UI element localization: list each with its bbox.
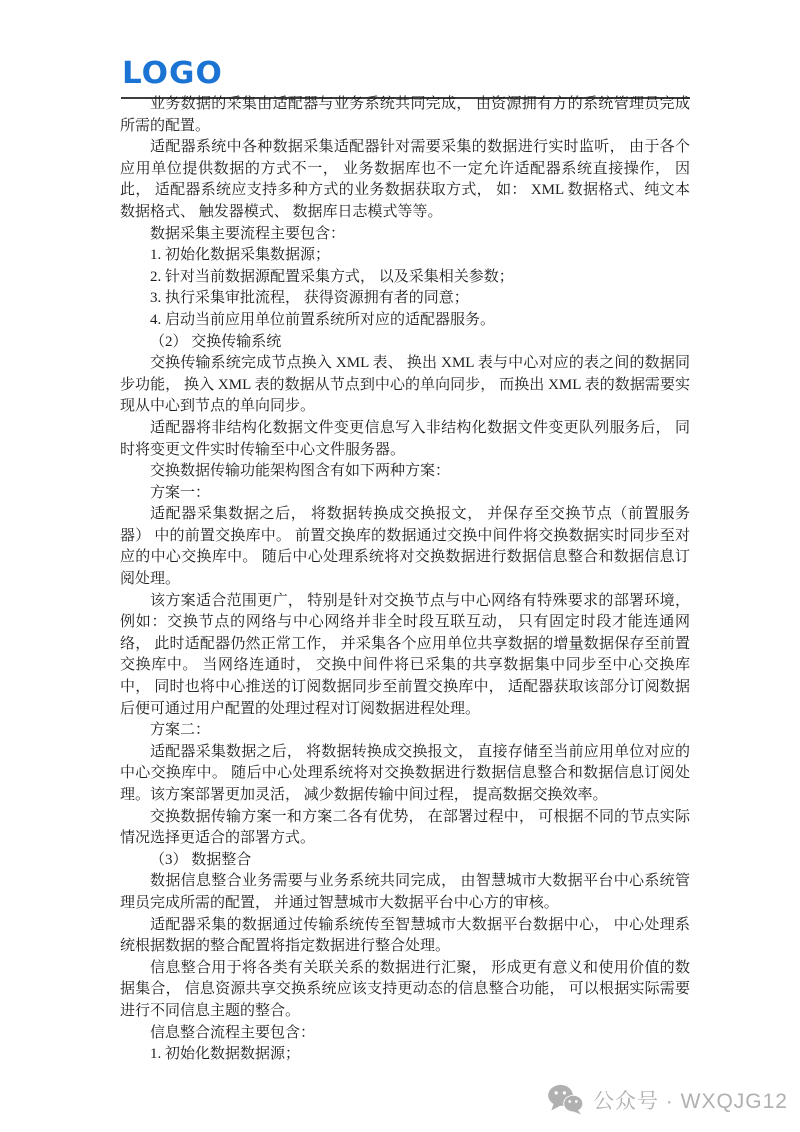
paragraph: 适配器将非结构化数据文件变更信息写入非结构化数据文件变更队列服务后， 同时将变更… <box>120 418 690 461</box>
paragraph: 4. 启动当前应用单位前置系统所对应的适配器服务。 <box>120 310 690 332</box>
watermark-label: 公众号 · WXQJG12 <box>593 1085 788 1115</box>
paragraph: 交换数据传输功能架构图含有如下两种方案： <box>120 461 690 483</box>
paragraph: 交换传输系统完成节点换入 XML 表、 换出 XML 表与中心对应的表之间的数据… <box>120 353 690 418</box>
paragraph: 2. 针对当前数据源配置采集方式， 以及采集相关参数； <box>120 267 690 289</box>
paragraph: 该方案适合范围更广， 特别是针对交换节点与中心网络有特殊要求的部署环境， 例如：… <box>120 591 690 721</box>
footer-watermark: 公众号 · WXQJG12 <box>547 1084 788 1115</box>
paragraph: 方案一： <box>120 483 690 505</box>
logo: LOGO <box>122 56 223 89</box>
paragraph: 适配器采集数据之后， 将数据转换成交换报文， 直接存储至当前应用单位对应的中心交… <box>120 742 690 807</box>
document-page: LOGO 业务数据的采集由适配器与业务系统共同完成， 由资源拥有方的系统管理员完… <box>0 0 800 1132</box>
paragraph: 1. 初始化数据数据源； <box>120 1044 690 1066</box>
paragraph: 适配器系统中各种数据采集适配器针对需要采集的数据进行实时监听， 由于各个应用单位… <box>120 137 690 223</box>
paragraph: 信息整合流程主要包含： <box>120 1023 690 1045</box>
paragraph: 适配器采集数据之后， 将数据转换成交换报文， 并保存至交换节点（前置服务器） 中… <box>120 504 690 590</box>
paragraph: 业务数据的采集由适配器与业务系统共同完成， 由资源拥有方的系统管理员完成所需的配… <box>120 94 690 137</box>
paragraph: 方案二： <box>120 720 690 742</box>
paragraph: 信息整合用于将各类有关联关系的数据进行汇聚， 形成更有意义和使用价值的数据集合，… <box>120 958 690 1023</box>
paragraph: （2） 交换传输系统 <box>120 332 690 354</box>
paragraph: 数据采集主要流程主要包含： <box>120 224 690 246</box>
paragraph: （3） 数据整合 <box>120 850 690 872</box>
wechat-icon <box>547 1084 584 1115</box>
paragraph: 适配器采集的数据通过传输系统传至智慧城市大数据平台数据中心， 中心处理系统根据数… <box>120 915 690 958</box>
document-body: 业务数据的采集由适配器与业务系统共同完成， 由资源拥有方的系统管理员完成所需的配… <box>120 94 690 1066</box>
paragraph: 数据信息整合业务需要与业务系统共同完成， 由智慧城市大数据平台中心系统管理员完成… <box>120 871 690 914</box>
paragraph: 3. 执行采集审批流程， 获得资源拥有者的同意； <box>120 288 690 310</box>
paragraph: 交换数据传输方案一和方案二各有优势， 在部署过程中， 可根据不同的节点实际情况选… <box>120 807 690 850</box>
paragraph: 1. 初始化数据采集数据源； <box>120 245 690 267</box>
